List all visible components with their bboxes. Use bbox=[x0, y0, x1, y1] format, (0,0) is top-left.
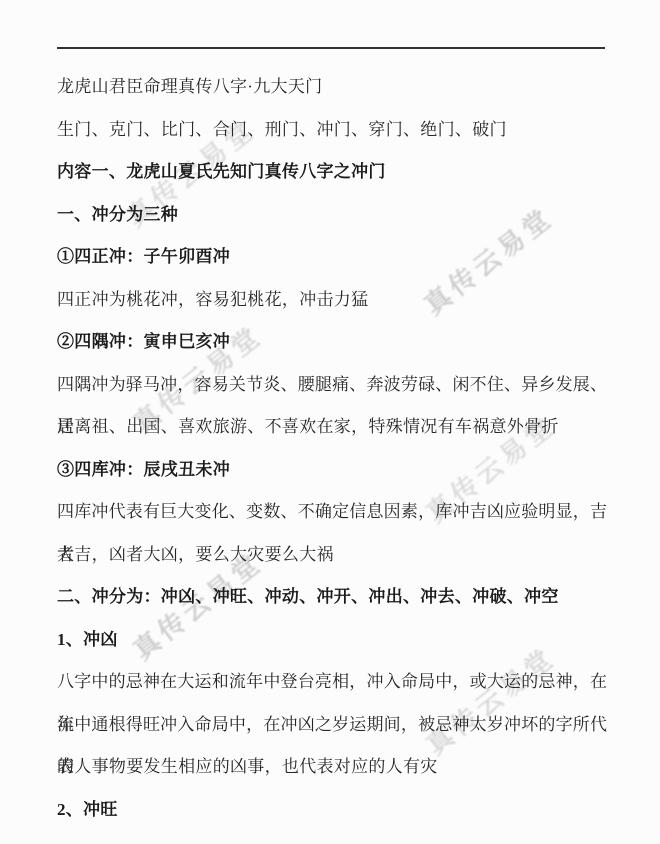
text-line: 四隅冲为驿马冲，容易关节炎、腰腿痛、奔波劳碌、闲不住、异乡发展、迁 bbox=[57, 364, 607, 407]
text-line: 2、冲旺 bbox=[57, 789, 607, 832]
text-line: 生门、克门、比门、合门、刑门、冲门、穿门、绝门、破门 bbox=[57, 109, 607, 152]
text-line: 四正冲为桃花冲，容易犯桃花，冲击力猛 bbox=[57, 279, 607, 322]
text-line: 1、冲凶 bbox=[57, 619, 607, 662]
text-line: ③四库冲：辰戌丑未冲 bbox=[57, 449, 607, 492]
text-line: 居离祖、出国、喜欢旅游、不喜欢在家，特殊情况有车祸意外骨折 bbox=[57, 406, 607, 449]
document-body: 龙虎山君臣命理真传八字·九大天门生门、克门、比门、合门、刑门、冲门、穿门、绝门、… bbox=[57, 48, 607, 831]
text-line: 内容一、龙虎山夏氏先知门真传八字之冲门 bbox=[57, 151, 607, 194]
text-line: 年中通根得旺冲入命局中，在冲凶之岁运期间，被忌神太岁冲坏的字所代表 bbox=[57, 704, 607, 747]
text-line: 的人事物要发生相应的凶事，也代表对应的人有灾 bbox=[57, 746, 607, 789]
text-line: ①四正冲：子午卯酉冲 bbox=[57, 236, 607, 279]
text-line: ②四隅冲：寅申巳亥冲 bbox=[57, 321, 607, 364]
text-line: 二、冲分为：冲凶、冲旺、冲动、冲开、冲出、冲去、冲破、冲空 bbox=[57, 576, 607, 619]
text-line: 龙虎山君臣命理真传八字·九大天门 bbox=[57, 66, 607, 109]
text-line: 八字中的忌神在大运和流年中登台亮相，冲入命局中，或大运的忌神，在流 bbox=[57, 661, 607, 704]
text-line: 一、冲分为三种 bbox=[57, 194, 607, 237]
text-line: 大吉，凶者大凶，要么大灾要么大祸 bbox=[57, 534, 607, 577]
document-page: 真传云易堂真传云易堂真传云易堂真传云易堂真传云易堂真传云易堂 龙虎山君臣命理真传… bbox=[0, 0, 660, 844]
text-line: 四库冲代表有巨大变化、变数、不确定信息因素，库冲吉凶应验明显，吉者 bbox=[57, 491, 607, 534]
